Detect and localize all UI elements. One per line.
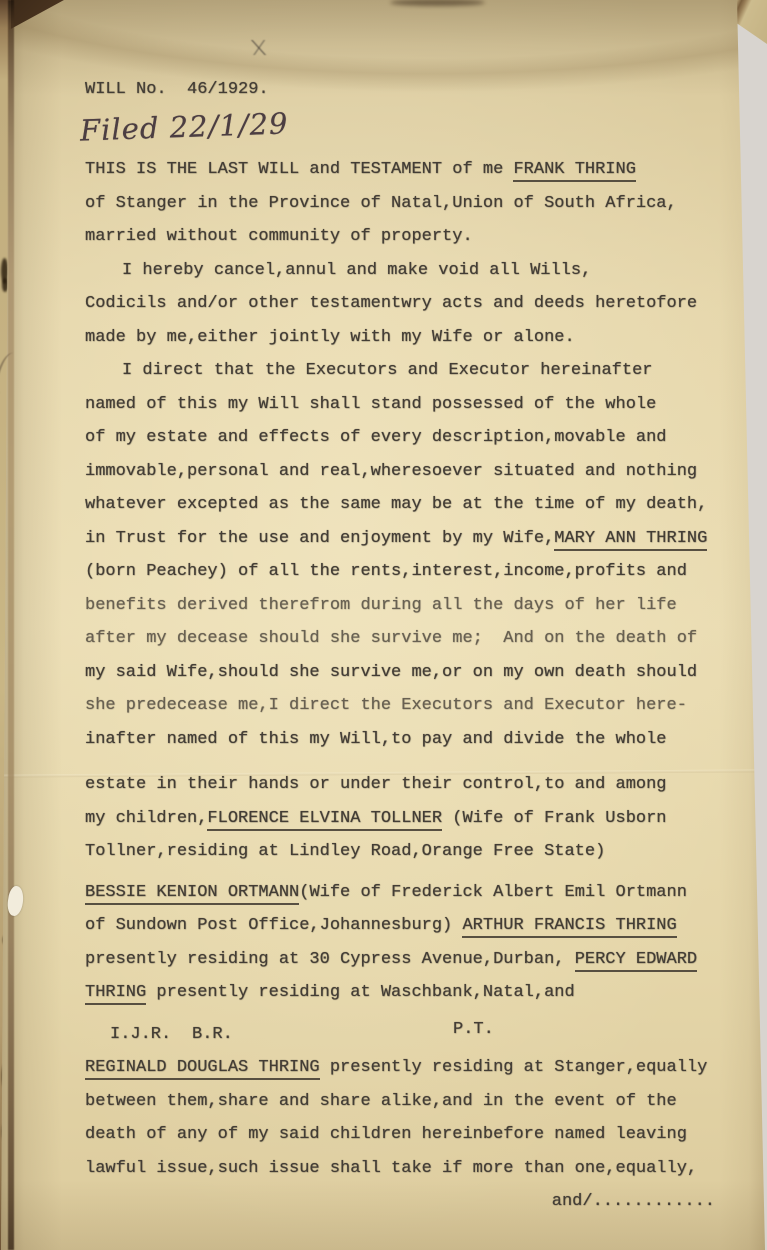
- underlined-name: FRANK THRING: [513, 160, 635, 182]
- text-segment: benefits derived therefrom during all th…: [85, 596, 677, 615]
- underlined-name: FLORENCE ELVINA TOLLNER: [207, 809, 442, 831]
- text-segment: (Wife of Frank Usborn: [442, 809, 666, 828]
- will-text-line: my children,FLORENCE ELVINA TOLLNER (Wif…: [85, 809, 715, 843]
- text-segment: and/............: [552, 1192, 715, 1211]
- text-segment: I hereby cancel,annul and make void all …: [122, 261, 591, 280]
- text-segment: my children,: [85, 809, 207, 828]
- ink-mark: [250, 40, 268, 55]
- will-text-line: BESSIE KENION ORTMANN(Wife of Frederick …: [85, 883, 715, 917]
- page-gutter-shadow: [8, 0, 14, 1250]
- text-segment: presently residing at 30 Cypress Avenue,…: [85, 950, 575, 969]
- will-text-line: of Stanger in the Province of Natal,Unio…: [85, 194, 715, 228]
- initials-line: I.J.R.B.R.P.T.: [85, 1025, 715, 1059]
- document-scan: WILL No. 46/1929. Filed 22/1/29 THIS IS …: [0, 0, 767, 1250]
- text-segment: named of this my Will shall stand posses…: [85, 395, 656, 414]
- text-segment: estate in their hands or under their con…: [85, 775, 667, 794]
- underlined-name: MARY ANN THRING: [554, 529, 707, 551]
- will-text-line: of my estate and effects of every descri…: [85, 428, 715, 462]
- text-segment: I direct that the Executors and Executor…: [122, 361, 653, 380]
- text-segment: whatever excepted as the same may be at …: [85, 495, 707, 514]
- will-text-line: Codicils and/or other testamentwry acts …: [85, 294, 715, 328]
- text-segment: inafter named of this my Will,to pay and…: [85, 730, 667, 749]
- initial-mark: P.T.: [453, 1020, 494, 1039]
- text-segment: after my decease should she survive me; …: [85, 629, 697, 648]
- will-text-line: Tollner,residing at Lindley Road,Orange …: [85, 842, 715, 876]
- text-segment: of Stanger in the Province of Natal,Unio…: [85, 194, 677, 213]
- text-segment: death of any of my said children hereinb…: [85, 1125, 687, 1144]
- will-text-line: made by me,either jointly with my Wife o…: [85, 328, 715, 362]
- text-segment: (Wife of Frederick Albert Emil Ortmann: [299, 883, 687, 902]
- will-text-line: of Sundown Post Office,Johannesburg) ART…: [85, 916, 715, 950]
- will-body-text: THIS IS THE LAST WILL and TESTAMENT of m…: [85, 160, 715, 1226]
- initial-mark: B.R.: [192, 1025, 233, 1044]
- will-text-line: she predecease me,I direct the Executors…: [85, 696, 715, 730]
- text-segment: between them,share and share alike,and i…: [85, 1092, 677, 1111]
- will-text-line: immovable,personal and real,wheresoever …: [85, 462, 715, 496]
- will-text-line: presently residing at 30 Cypress Avenue,…: [85, 950, 715, 984]
- will-text-line: whatever excepted as the same may be at …: [85, 495, 715, 529]
- underlined-name: PERCY EDWARD: [575, 950, 697, 972]
- will-text-line: estate in their hands or under their con…: [85, 775, 715, 809]
- underlined-name: REGINALD DOUGLAS THRING: [85, 1058, 320, 1080]
- will-text-line: inafter named of this my Will,to pay and…: [85, 730, 715, 764]
- will-text-line: death of any of my said children hereinb…: [85, 1125, 715, 1159]
- text-segment: Tollner,residing at Lindley Road,Orange …: [85, 842, 605, 861]
- text-segment: of Sundown Post Office,Johannesburg): [85, 916, 462, 935]
- text-segment: (born Peachey) of all the rents,interest…: [85, 562, 687, 581]
- handwritten-filing-note: Filed 22/1/29: [79, 106, 288, 147]
- will-text-line: in Trust for the use and enjoyment by my…: [85, 529, 715, 563]
- text-segment: my said Wife,should she survive me,or on…: [85, 663, 697, 682]
- will-text-line: lawful issue,such issue shall take if mo…: [85, 1159, 715, 1193]
- will-text-line: REGINALD DOUGLAS THRING presently residi…: [85, 1058, 715, 1092]
- underlined-name: BESSIE KENION ORTMANN: [85, 883, 299, 905]
- will-text-line: I direct that the Executors and Executor…: [85, 361, 715, 395]
- will-number-heading: WILL No. 46/1929.: [85, 80, 269, 99]
- will-text-line: (born Peachey) of all the rents,interest…: [85, 562, 715, 596]
- text-segment: in Trust for the use and enjoyment by my…: [85, 529, 554, 548]
- initial-mark: I.J.R.: [110, 1025, 171, 1044]
- text-segment: of my estate and effects of every descri…: [85, 428, 667, 447]
- text-segment: lawful issue,such issue shall take if mo…: [85, 1159, 697, 1178]
- text-segment: immovable,personal and real,wheresoever …: [85, 462, 697, 481]
- text-segment: presently residing at Waschbank,Natal,an…: [146, 983, 574, 1002]
- will-text-line: my said Wife,should she survive me,or on…: [85, 663, 715, 697]
- will-text-line: THRING presently residing at Waschbank,N…: [85, 983, 715, 1017]
- text-segment: made by me,either jointly with my Wife o…: [85, 328, 575, 347]
- will-page: WILL No. 46/1929. Filed 22/1/29 THIS IS …: [0, 0, 767, 1250]
- text-segment: THIS IS THE LAST WILL and TESTAMENT of m…: [85, 160, 513, 179]
- will-text-line: named of this my Will shall stand posses…: [85, 395, 715, 429]
- text-segment: she predecease me,I direct the Executors…: [85, 696, 687, 715]
- text-segment: married without community of property.: [85, 227, 473, 246]
- underlined-name: ARTHUR FRANCIS THRING: [462, 916, 676, 938]
- will-text-line: THIS IS THE LAST WILL and TESTAMENT of m…: [85, 160, 715, 194]
- will-text-line: benefits derived therefrom during all th…: [85, 596, 715, 630]
- text-segment: Codicils and/or other testamentwry acts …: [85, 294, 697, 313]
- will-text-line: between them,share and share alike,and i…: [85, 1092, 715, 1126]
- will-text-line: I hereby cancel,annul and make void all …: [85, 261, 715, 295]
- page-continuation-mark: and/............: [85, 1192, 715, 1226]
- will-text-line: married without community of property.: [85, 227, 715, 261]
- underlined-name: THRING: [85, 983, 146, 1005]
- ink-smudge: [390, 0, 485, 6]
- text-segment: presently residing at Stanger,equally: [320, 1058, 708, 1077]
- will-text-line: after my decease should she survive me; …: [85, 629, 715, 663]
